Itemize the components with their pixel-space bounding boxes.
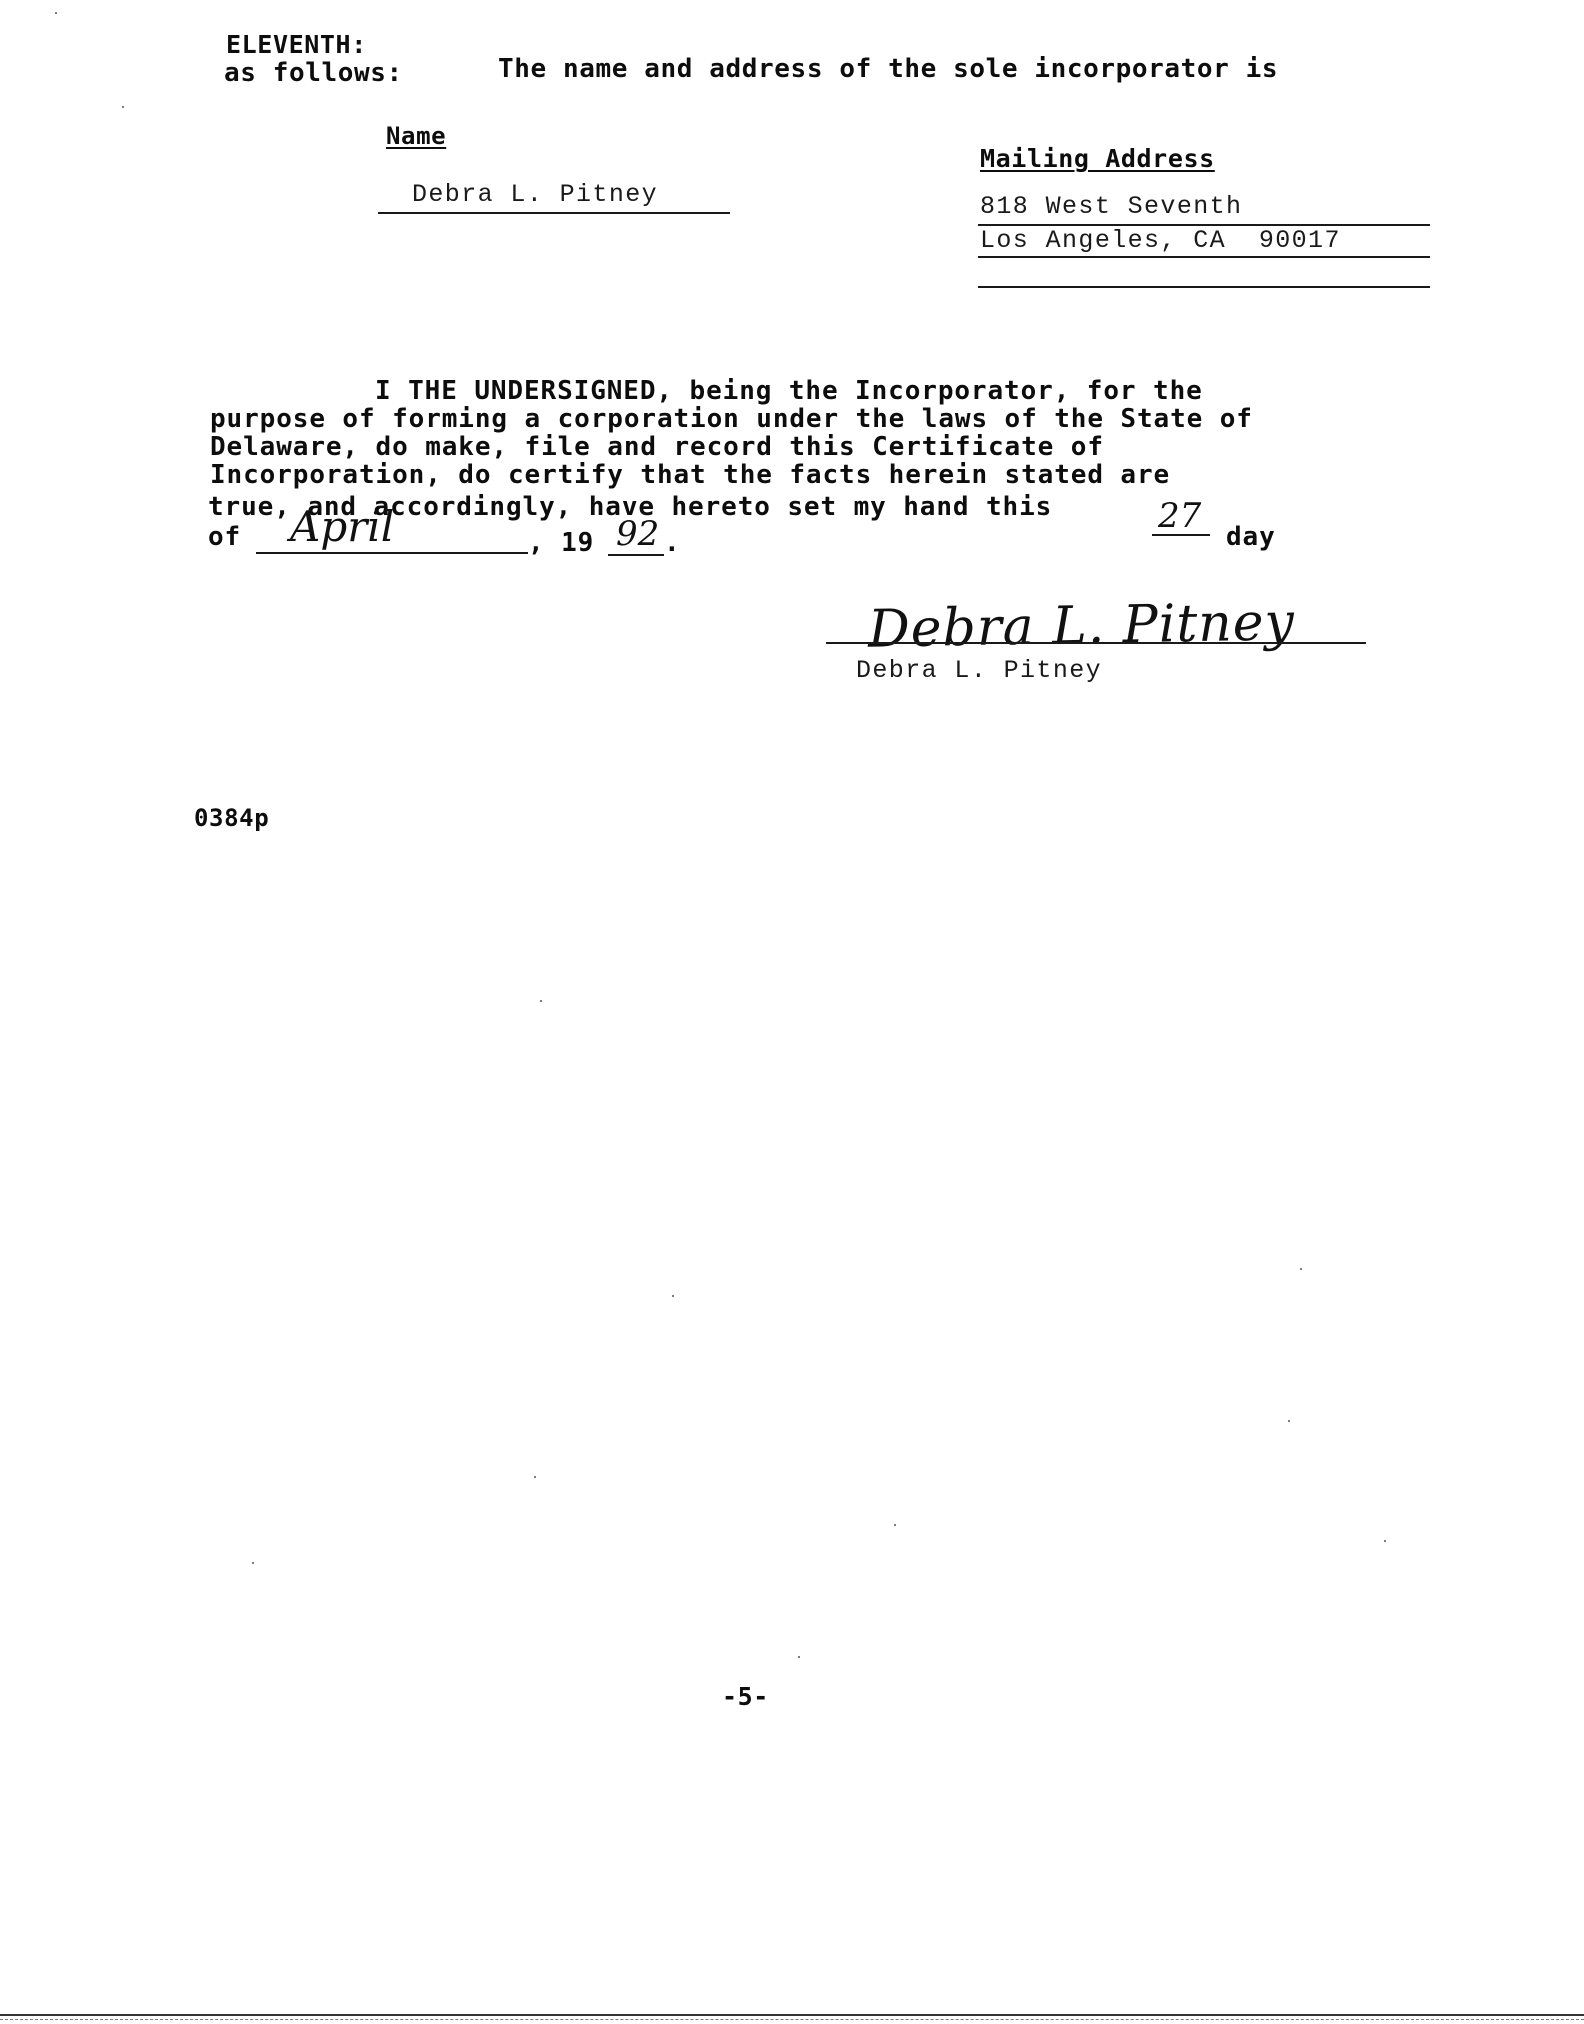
document-page: ELEVENTH: The name and address of the so… (0, 0, 1584, 2024)
handwritten-year-suffix: 92 (616, 514, 659, 554)
day-suffix: day (1226, 522, 1276, 552)
certification-emphasis: THE UNDERSIGNED (408, 376, 656, 406)
scan-speck (1288, 1420, 1290, 1422)
address-line-2-rule (978, 256, 1430, 258)
address-column-header: Mailing Address (980, 144, 1215, 173)
scan-speck (1300, 1268, 1302, 1270)
address-line-2: Los Angeles, CA 90017 (980, 226, 1341, 255)
name-column-header: Name (386, 122, 446, 150)
scan-speck (672, 1295, 674, 1297)
scan-speck (894, 1524, 896, 1526)
year-underline (608, 554, 664, 556)
scan-speck (798, 1656, 800, 1658)
page-number: -5- (722, 1682, 769, 1711)
of-label: of (208, 522, 241, 552)
scan-speck (122, 106, 124, 108)
section-intro-line2: as follows: (224, 58, 403, 88)
section-label: ELEVENTH: (226, 30, 367, 59)
certification-line-4: Incorporation, do certify that the facts… (210, 460, 1170, 490)
name-underline (378, 212, 730, 214)
scan-speck (252, 1562, 254, 1564)
scan-speck (540, 1000, 542, 1002)
certification-line-2: purpose of forming a corporation under t… (210, 404, 1253, 434)
day-underline (1152, 534, 1210, 536)
section-intro-line1: The name and address of the sole incorpo… (498, 54, 1278, 84)
address-line-1: 818 West Seventh (980, 192, 1242, 221)
scan-bottom-edge-secondary (0, 2019, 1584, 2020)
address-line-3-rule (978, 286, 1430, 288)
year-prefix: , 19 (528, 528, 594, 558)
reference-code: 0384p (194, 804, 269, 832)
scan-speck (1384, 1540, 1386, 1542)
month-underline (256, 552, 528, 554)
certification-line-3: Delaware, do make, file and record this … (210, 432, 1104, 462)
certification-line-1: I THE UNDERSIGNED, being the Incorporato… (375, 376, 1203, 406)
incorporator-name: Debra L. Pitney (412, 180, 658, 209)
handwritten-signature: Debra L. Pitney (868, 592, 1296, 659)
signature-line (826, 642, 1366, 644)
certification-lead: I (375, 376, 408, 406)
handwritten-month: April (290, 502, 394, 551)
certification-rest: , being the Incorporator, for the (656, 376, 1202, 406)
year-period: . (664, 528, 681, 558)
scan-bottom-edge (0, 2014, 1584, 2016)
scan-speck (534, 1476, 536, 1478)
scan-speck (55, 12, 57, 14)
handwritten-day: 27 (1158, 496, 1201, 536)
signer-typed-name: Debra L. Pitney (856, 656, 1102, 685)
